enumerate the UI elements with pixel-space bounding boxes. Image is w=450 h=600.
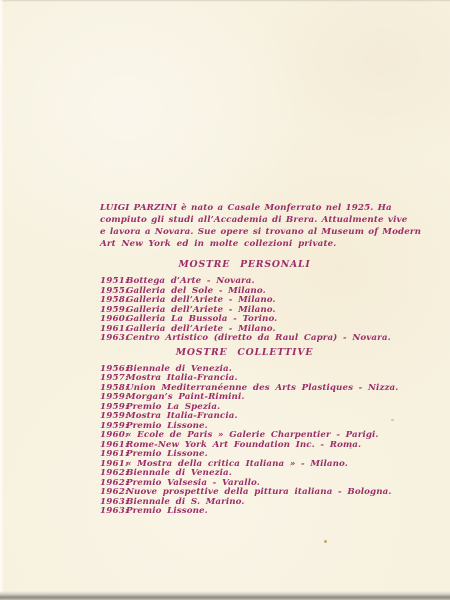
exhibition-list: 1956:Biennale di Venezia.1957:Mostra Ita… bbox=[100, 365, 389, 517]
bio-line: e lavora a Novara. Sue opere si trovano … bbox=[100, 226, 389, 238]
exhibition-list: 1951:Bottega d’Arte - Novara.1955:Galler… bbox=[100, 277, 389, 344]
printed-content: LUIGI PARZINI è nato a Casale Monferrato… bbox=[100, 202, 389, 517]
bio-line: compiuto gli studi all’Accademia di Brer… bbox=[100, 214, 389, 226]
paper-speck bbox=[324, 540, 327, 543]
catalog-page: LUIGI PARZINI è nato a Casale Monferrato… bbox=[0, 0, 450, 600]
exhibition-sections: MOSTRE PERSONALI1951:Bottega d’Arte - No… bbox=[100, 259, 389, 517]
section-title: MOSTRE COLLETTIVE bbox=[100, 347, 389, 359]
paper-edge-top bbox=[0, 0, 450, 2]
exhibition-entry: 1963:Premio Lissone. bbox=[100, 507, 389, 517]
paper-edge-left bbox=[0, 0, 4, 600]
entry-text: Premio Lissone. bbox=[126, 507, 208, 517]
exhibition-entry: 1963:Centro Artistico (diretto da Raul C… bbox=[100, 334, 389, 344]
paper-edge-bottom bbox=[0, 591, 450, 600]
entry-text: Centro Artistico (diretto da Raul Capra)… bbox=[126, 334, 391, 344]
paper-speck bbox=[391, 419, 394, 421]
bio-line: LUIGI PARZINI è nato a Casale Monferrato… bbox=[100, 202, 389, 214]
bio-line: Art New York ed in molte collezioni priv… bbox=[100, 238, 389, 250]
section-title: MOSTRE PERSONALI bbox=[100, 259, 389, 271]
entry-year: 1963: bbox=[100, 507, 126, 517]
artist-bio: LUIGI PARZINI è nato a Casale Monferrato… bbox=[100, 202, 389, 250]
entry-year: 1963: bbox=[100, 334, 126, 344]
